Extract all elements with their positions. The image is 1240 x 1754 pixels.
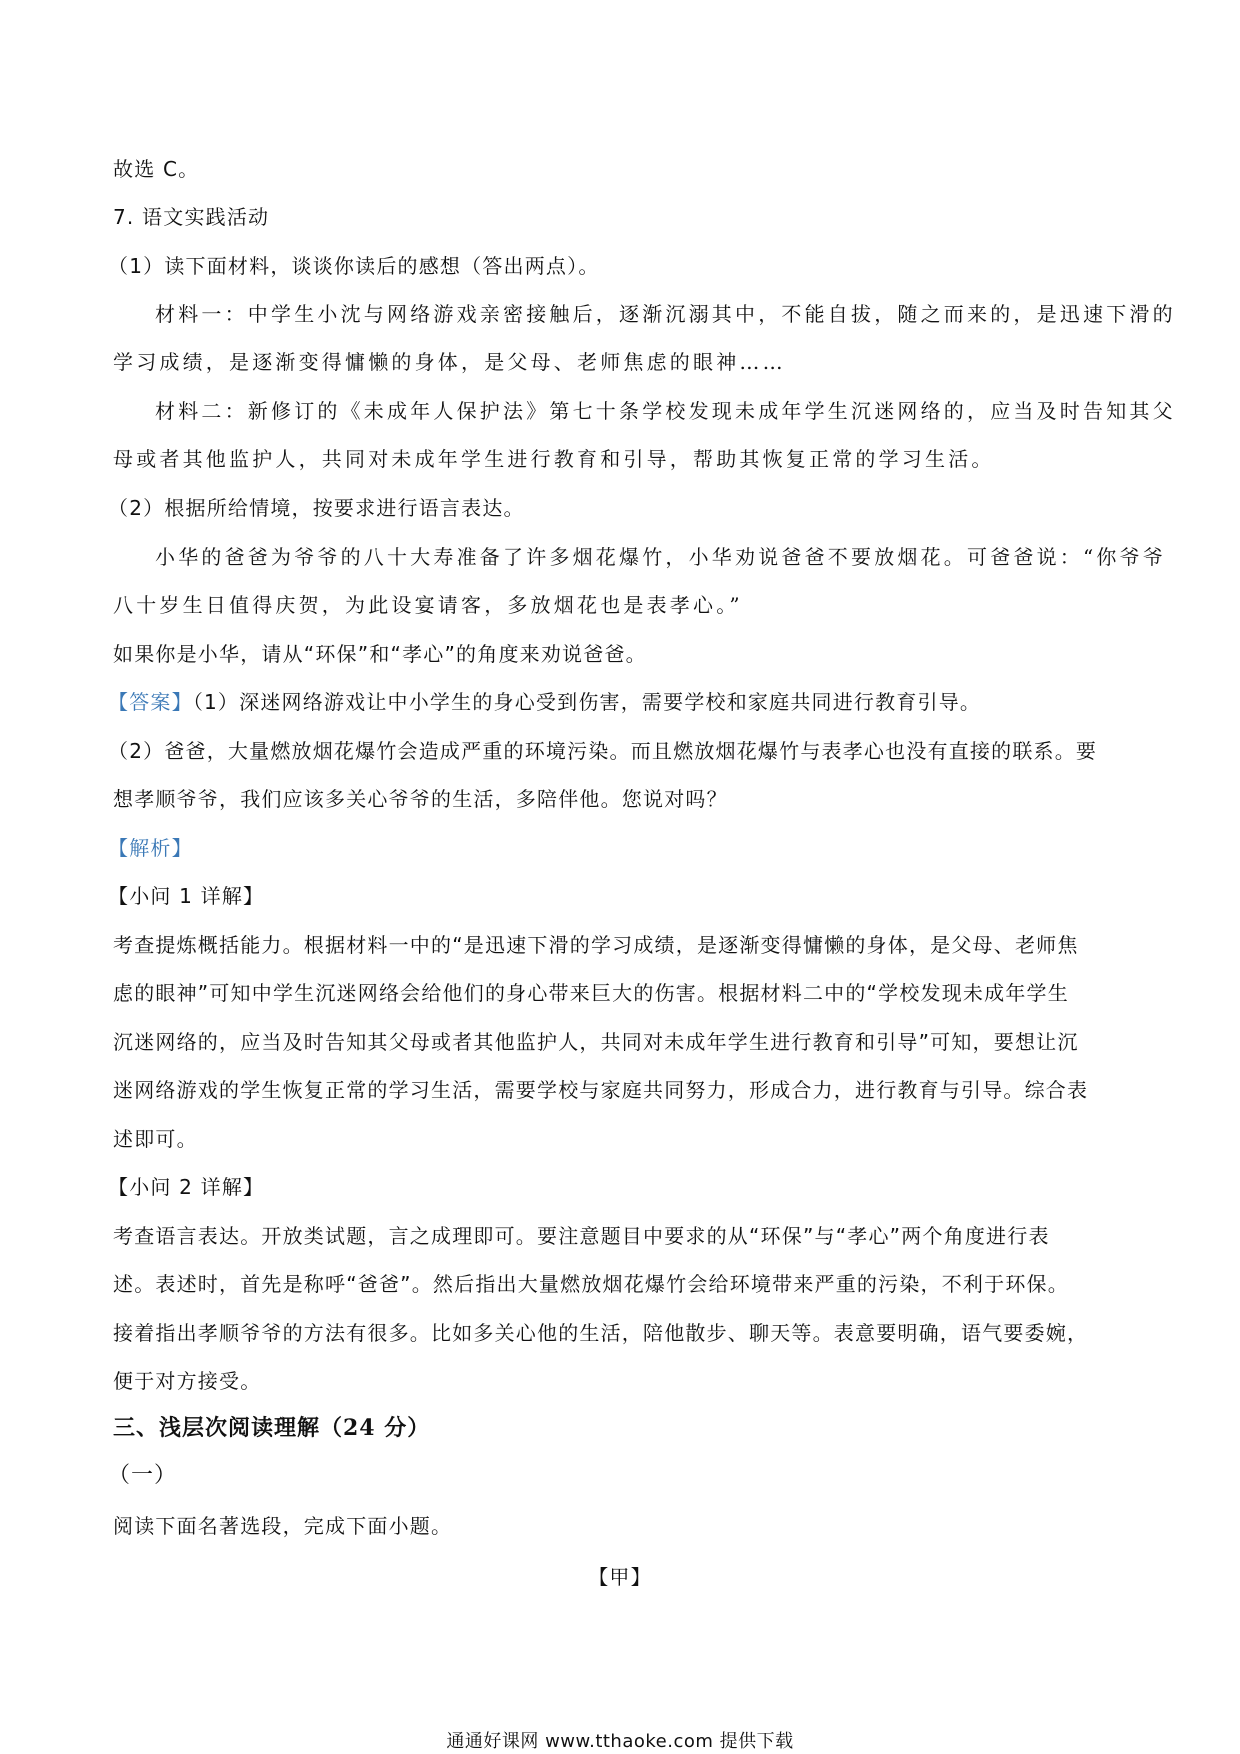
answer-part-2-line-1: （2）爸爸，大量燃放烟花爆竹会造成严重的环境污染。而且燃放烟花爆竹与表孝心也没有… <box>108 737 1128 765</box>
analysis-label: 【解析】 <box>108 834 1128 862</box>
part-1-instruction: 阅读下面名著选段，完成下面小题。 <box>113 1512 1133 1540</box>
material-1-line-2: 学习成绩，是逐渐变得慵懒的身体，是父母、老师焦虑的眼神…… <box>113 348 1133 376</box>
question-7-part1-prompt: （1）读下面材料，谈谈你读后的感想（答出两点）。 <box>108 252 1128 280</box>
sub-question-1-para-3: 沉迷网络的，应当及时告知其父母或者其他监护人，共同对未成年学生进行教育和引导”可… <box>113 1028 1133 1056</box>
answer-label: 【答案】 <box>108 690 193 714</box>
sub-question-2-para-1: 考查语言表达。开放类试题，言之成理即可。要注意题目中要求的从“环保”与“孝心”两… <box>113 1222 1133 1250</box>
scenario-task: 如果你是小华，请从“环保”和“孝心”的角度来劝说爸爸。 <box>113 640 1133 668</box>
question-7-part2-prompt: （2）根据所给情境，按要求进行语言表达。 <box>108 494 1128 522</box>
answer-part-1: （1）深迷网络游戏让中小学生的身心受到伤害，需要学校和家庭共同进行教育引导。 <box>193 690 981 714</box>
sub-question-1-para-1: 考查提炼概括能力。根据材料一中的“是迅速下滑的学习成绩，是逐渐变得慵懒的身体，是… <box>113 931 1133 959</box>
document-page: 故选 C。 7. 语文实践活动 （1）读下面材料，谈谈你读后的感想（答出两点）。… <box>0 0 1240 1754</box>
answer-part-2-line-2: 想孝顺爷爷，我们应该多关心爷爷的生活，多陪伴他。您说对吗？ <box>113 785 1133 813</box>
previous-answer: 故选 C。 <box>113 155 1133 183</box>
passage-label: 【甲】 <box>0 1563 1240 1591</box>
section-3-heading: 三、浅层次阅读理解（24 分） <box>113 1414 1133 1442</box>
sub-question-2-para-2: 述。表述时，首先是称呼“爸爸”。然后指出大量燃放烟花爆竹会给环境带来严重的污染，… <box>113 1270 1133 1298</box>
part-1-heading: （一） <box>108 1462 1128 1490</box>
sub-question-2-para-3: 接着指出孝顺爷爷的方法有很多。比如多关心他的生活，陪他散步、聊天等。表意要明确，… <box>113 1319 1133 1347</box>
scenario-line-2: 八十岁生日值得庆贺，为此设宴请客，多放烟花也是表孝心。” <box>113 591 1133 619</box>
answer-line-1: 【答案】（1）深迷网络游戏让中小学生的身心受到伤害，需要学校和家庭共同进行教育引… <box>108 688 1128 716</box>
material-1-line-1: 材料一：中学生小沈与网络游戏亲密接触后，逐渐沉溺其中，不能自拔，随之而来的，是迅… <box>155 300 1175 328</box>
material-2-line-1: 材料二：新修订的《未成年人保护法》第七十条学校发现未成年学生沉迷网络的，应当及时… <box>155 397 1175 425</box>
scenario-line-1: 小华的爸爸为爷爷的八十大寿准备了许多烟花爆竹，小华劝说爸爸不要放烟花。可爸爸说：… <box>155 543 1175 571</box>
sub-question-1-para-4: 迷网络游戏的学生恢复正常的学习生活，需要学校与家庭共同努力，形成合力，进行教育与… <box>113 1076 1133 1104</box>
sub-question-2-title: 【小问 2 详解】 <box>108 1173 1128 1201</box>
material-2-line-2: 母或者其他监护人，共同对未成年学生进行教育和引导，帮助其恢复正常的学习生活。 <box>113 445 1133 473</box>
sub-question-1-para-2: 虑的眼神”可知中学生沉迷网络会给他们的身心带来巨大的伤害。根据材料二中的“学校发… <box>113 979 1133 1007</box>
question-7-title: 7. 语文实践活动 <box>113 203 1133 231</box>
sub-question-2-para-4: 便于对方接受。 <box>113 1367 1133 1395</box>
sub-question-1-para-5: 述即可。 <box>113 1125 1133 1153</box>
sub-question-1-title: 【小问 1 详解】 <box>108 882 1128 910</box>
footer-watermark: 通通好课网 www.tthaoke.com 提供下载 <box>0 1727 1240 1753</box>
